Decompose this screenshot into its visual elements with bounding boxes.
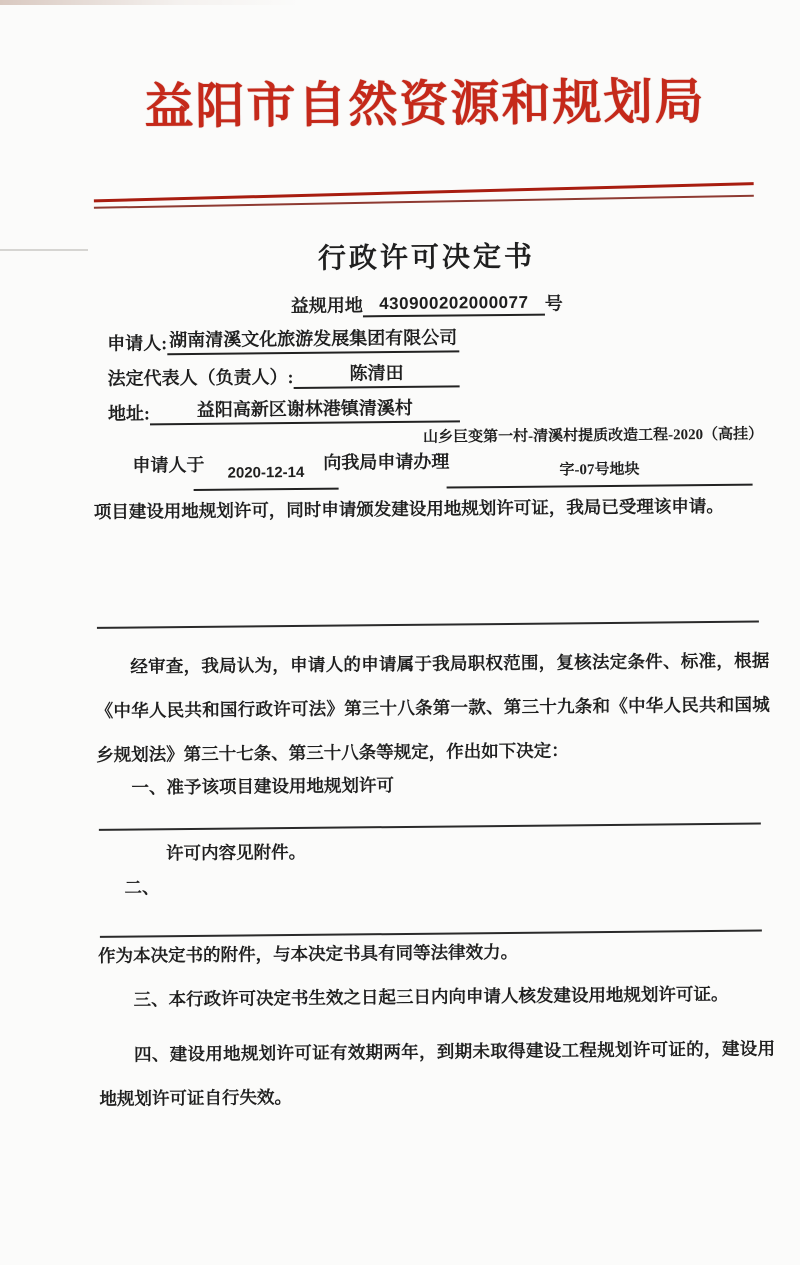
field-legal-representative: 法定代表人（负责人）: 陈清田 bbox=[107, 358, 459, 390]
agency-letterhead: 益阳市自然资源和规划局 bbox=[90, 63, 761, 139]
letterhead-rule-top bbox=[94, 182, 754, 202]
plot-number: 字-07号地块 bbox=[446, 457, 752, 489]
legal-rep-value: 陈清田 bbox=[293, 358, 459, 389]
field-address: 地址: 益阳高新区谢林港镇清溪村 bbox=[108, 393, 460, 425]
attachment-note: 许可内容见附件。 bbox=[166, 841, 306, 864]
application-date: 2020-12-14 bbox=[193, 464, 338, 491]
applicant-label: 申请人: bbox=[107, 329, 167, 356]
field-applicant: 申请人: 湖南清溪文化旅游发展集团有限公司 bbox=[107, 323, 459, 355]
project-name: 山乡巨变第一村-清溪村提质改造工程-2020（高挂） bbox=[423, 423, 763, 447]
attachment-effect-statement: 作为本决定书的附件，与本决定书具有同等法律效力。 bbox=[98, 941, 518, 967]
section-rule-1 bbox=[97, 621, 759, 629]
address-value: 益阳高新区谢林港镇清溪村 bbox=[150, 393, 460, 425]
doc-number-prefix: 益规用地 bbox=[291, 291, 363, 318]
decision-item-1: 一、准予该项目建设用地规划许可 bbox=[131, 774, 394, 799]
document-sheet: 益阳市自然资源和规划局 行政许可决定书 益规用地 430900202000077… bbox=[0, 0, 800, 1265]
address-label: 地址: bbox=[108, 399, 150, 425]
decision-item-4: 四、建设用地规划许可证有效期两年，到期未取得建设工程规划许可证的，建设用地规划许… bbox=[99, 1026, 776, 1120]
section-rule-3 bbox=[100, 930, 762, 938]
section-rule-2 bbox=[99, 823, 761, 831]
document-title: 行政许可决定书 bbox=[91, 233, 761, 279]
application-middle-text: 向我局申请办理 bbox=[323, 448, 449, 475]
decision-item-2: 二、 bbox=[124, 876, 159, 898]
legal-rep-label: 法定代表人（负责人）: bbox=[107, 363, 293, 391]
applicant-value: 湖南清溪文化旅游发展集团有限公司 bbox=[167, 323, 459, 355]
doc-number-value: 430900202000077 bbox=[363, 293, 545, 318]
application-tail-text: 项目建设用地规划许可，同时申请颁发建设用地规划许可证，我局已受理该申请。 bbox=[94, 492, 769, 523]
review-paragraph: 经审查，我局认为，申请人的申请属于我局职权范围，复核法定条件、标准，根据《中华人… bbox=[95, 638, 770, 776]
decision-item-3: 三、本行政许可决定书生效之日起三日内向申请人核发建设用地规划许可证。 bbox=[133, 983, 728, 1011]
document-number-line: 益规用地 430900202000077 号 bbox=[92, 288, 762, 320]
doc-number-suffix: 号 bbox=[545, 289, 563, 315]
